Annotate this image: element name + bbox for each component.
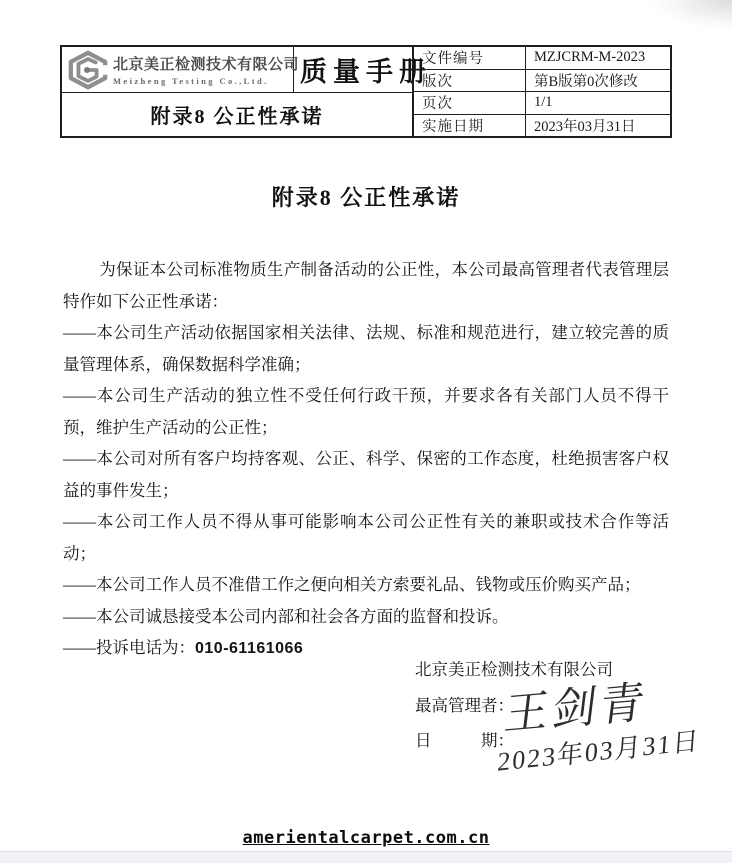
bottom-strip: [0, 851, 732, 863]
meta-label: 文件编号: [414, 47, 526, 69]
paragraph-commitment-5: ——本公司工作人员不准借工作之便向相关方索要礼品、钱物或压价购买产品；: [63, 569, 669, 601]
meta-value: 1/1: [526, 92, 670, 114]
paragraph-commitment-6: ——本公司诚恳接受本公司内部和社会各方面的监督和投诉。: [63, 601, 669, 633]
meta-row-version: 版次 第B版第0次修改: [414, 70, 670, 93]
meta-value: 第B版第0次修改: [526, 70, 670, 92]
company-names: 北京美正检测技术有限公司 Meizheng Testing Co.,Ltd.: [113, 53, 299, 86]
document-body: 为保证本公司标准物质生产制备活动的公正性，本公司最高管理者代表管理层特作如下公正…: [63, 254, 669, 665]
manual-title: 质量手册: [294, 50, 432, 89]
header-table: 北京美正检测技术有限公司 Meizheng Testing Co.,Ltd. 质…: [60, 45, 672, 138]
phone-label: ——投诉电话为：: [63, 638, 195, 657]
meta-label: 实施日期: [414, 115, 526, 137]
paragraph-commitment-4: ——本公司工作人员不得从事可能影响本公司公正性有关的兼职或技术合作等活动；: [63, 506, 669, 569]
header-left-top-row: 北京美正检测技术有限公司 Meizheng Testing Co.,Ltd. 质…: [62, 47, 412, 93]
paragraph-intro: 为保证本公司标准物质生产制备活动的公正性，本公司最高管理者代表管理层特作如下公正…: [63, 254, 669, 317]
company-logo-hexagon-icon: [67, 50, 109, 90]
footer-watermark: amerientalcarpet.com.cn: [0, 828, 732, 848]
meta-row-page: 页次 1/1: [414, 92, 670, 115]
paragraph-commitment-3: ——本公司对所有客户均持客观、公正、科学、保密的工作态度，杜绝损害客户权益的事件…: [63, 443, 669, 506]
header-left-block: 北京美正检测技术有限公司 Meizheng Testing Co.,Ltd. 质…: [62, 47, 414, 136]
phone-number: 010-61161066: [195, 640, 303, 657]
company-name-cn: 北京美正检测技术有限公司: [113, 53, 299, 74]
paragraph-commitment-1: ——本公司生产活动依据国家相关法律、法规、标准和规范进行，建立较完善的质量管理体…: [63, 317, 669, 380]
meta-value: 2023年03月31日: [526, 115, 670, 137]
meta-value: MZJCRM-M-2023: [526, 47, 670, 69]
header-meta-table: 文件编号 MZJCRM-M-2023 版次 第B版第0次修改 页次 1/1 实施…: [414, 47, 670, 136]
scan-corner-shade: [612, 0, 732, 46]
document-page: 北京美正检测技术有限公司 Meizheng Testing Co.,Ltd. 质…: [0, 0, 732, 863]
appendix-title: 附录8 公正性承诺: [151, 100, 324, 129]
manual-title-cell: 质量手册: [294, 47, 432, 92]
meta-row-date: 实施日期 2023年03月31日: [414, 115, 670, 137]
appendix-title-cell: 附录8 公正性承诺: [62, 93, 412, 136]
company-cell: 北京美正检测技术有限公司 Meizheng Testing Co.,Ltd.: [62, 47, 294, 92]
paragraph-commitment-2: ——本公司生产活动的独立性不受任何行政干预，并要求各有关部门人员不得干预，维护生…: [63, 380, 669, 443]
meta-label: 页次: [414, 92, 526, 114]
company-name-en: Meizheng Testing Co.,Ltd.: [113, 76, 299, 86]
meta-label: 版次: [414, 70, 526, 92]
page-title: 附录8 公正性承诺: [0, 181, 732, 212]
meta-row-doc-number: 文件编号 MZJCRM-M-2023: [414, 47, 670, 70]
